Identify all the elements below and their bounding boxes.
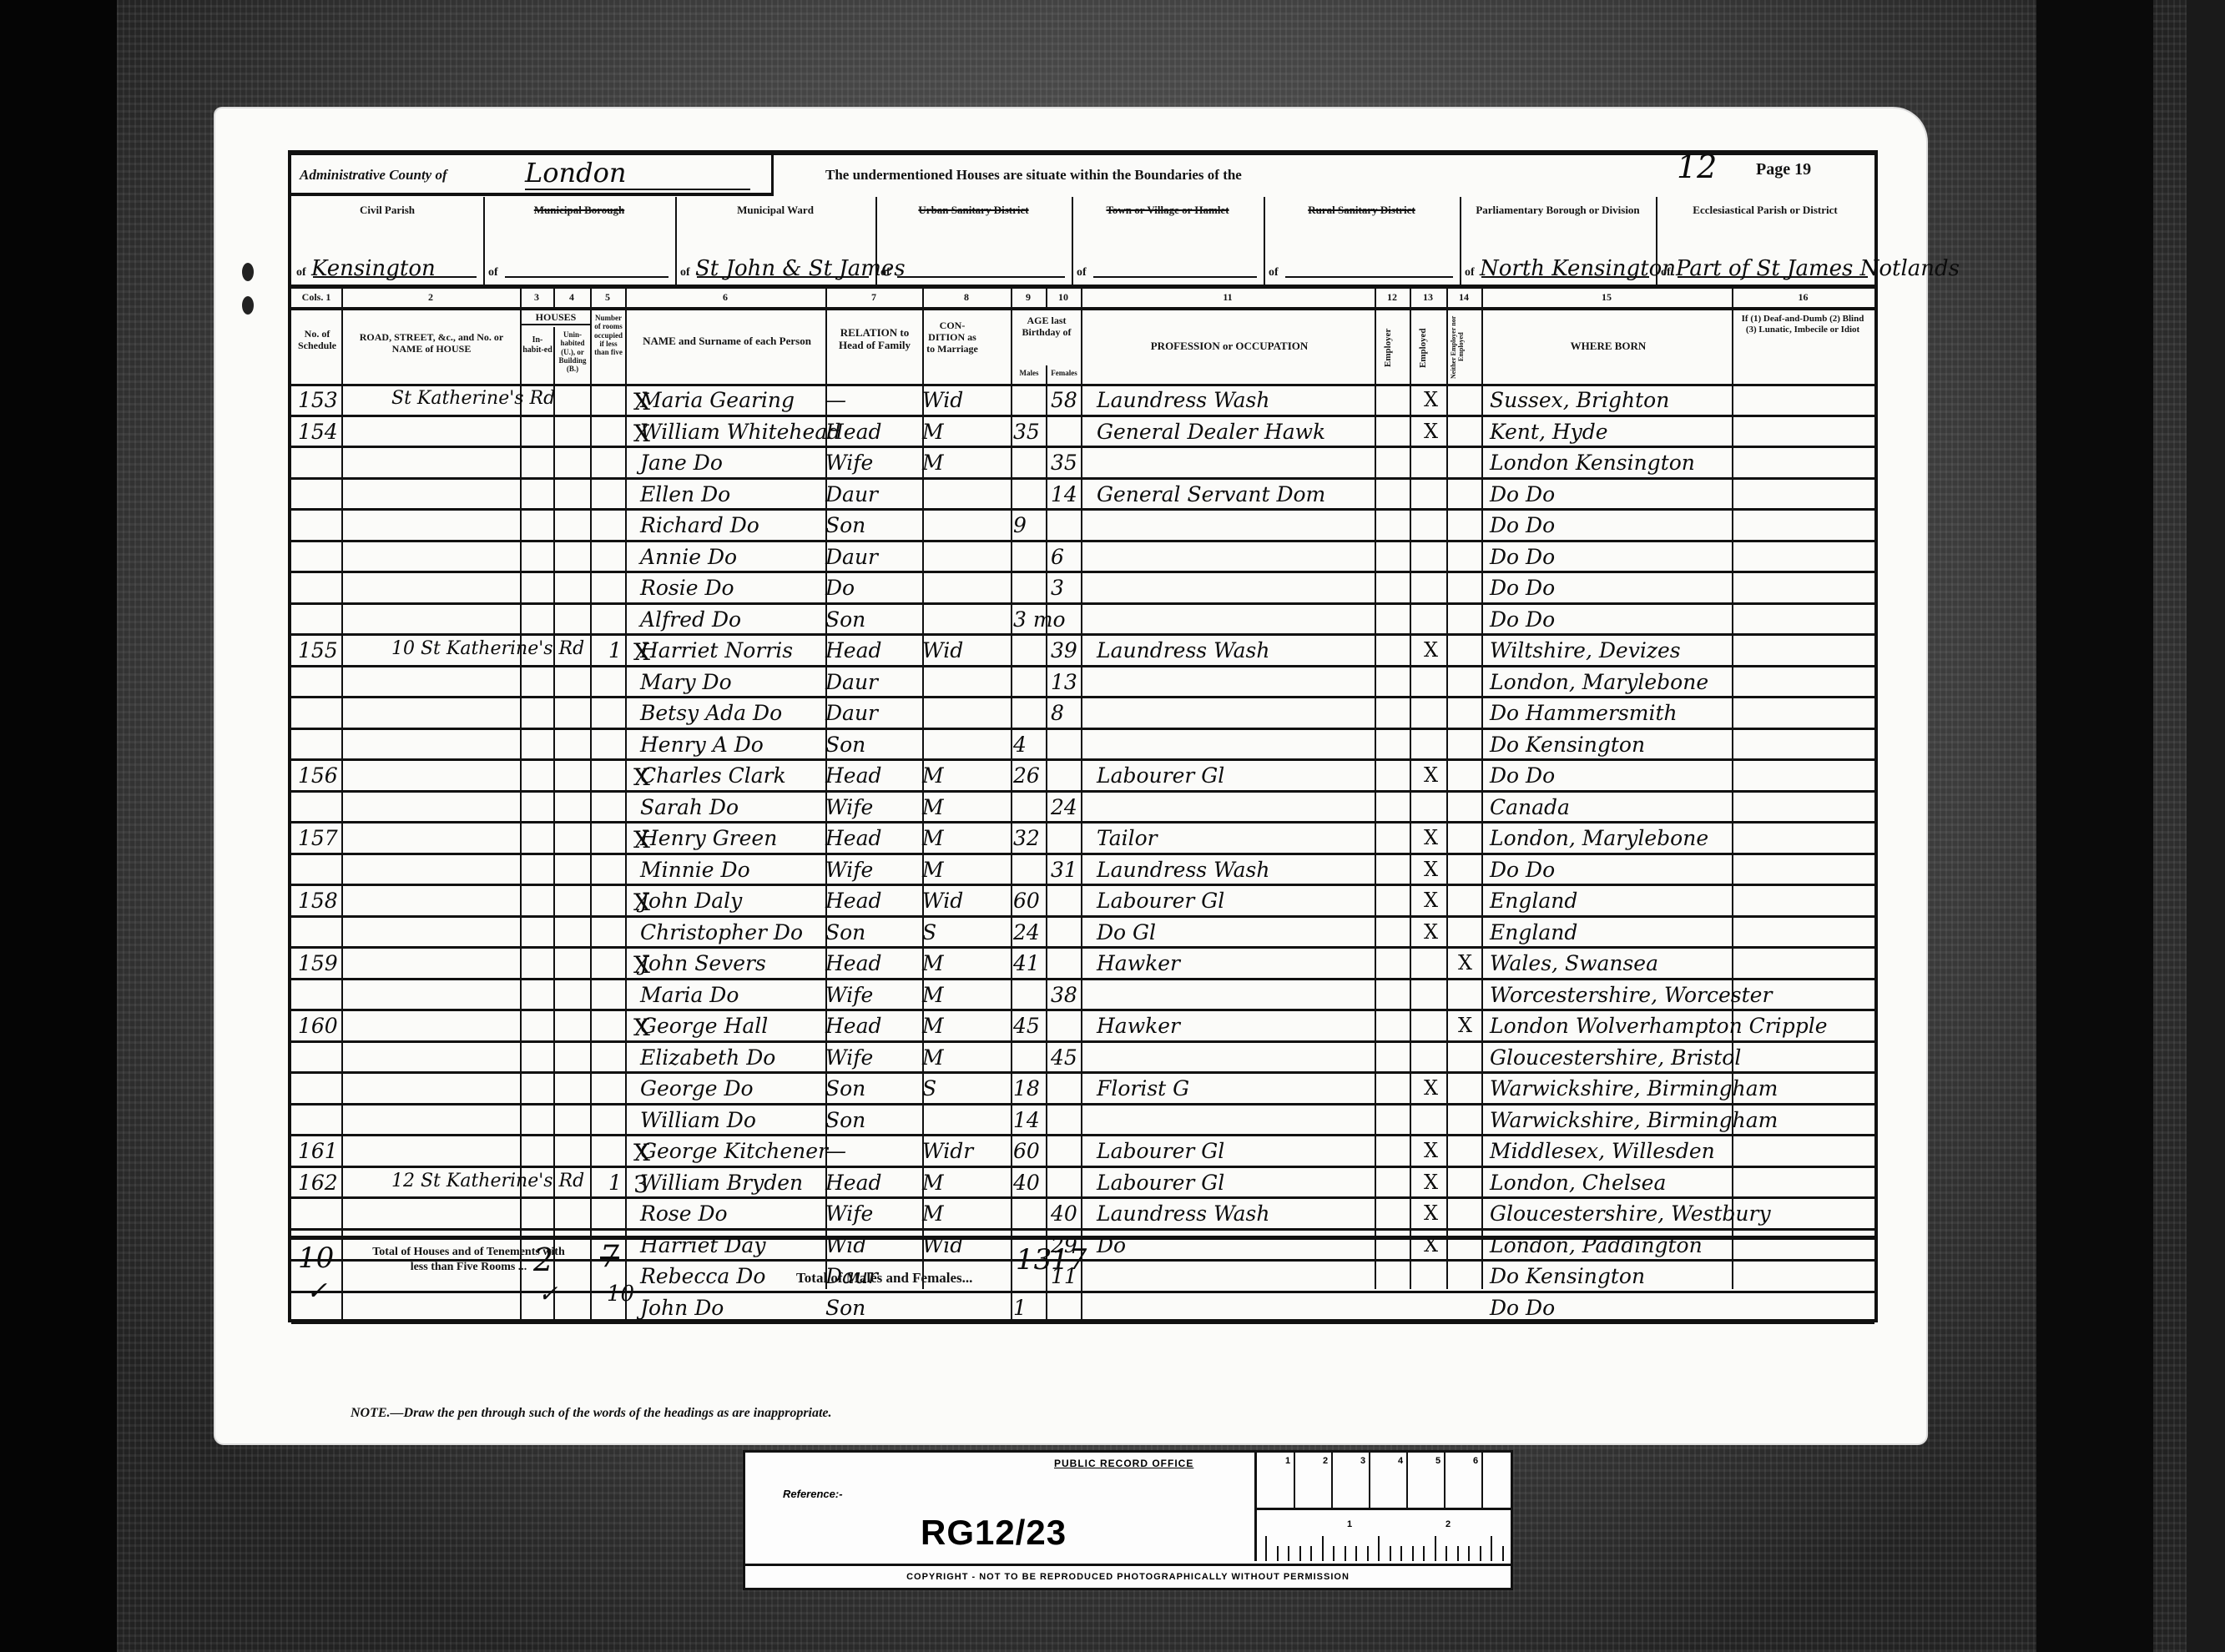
area-heading: Rural Sanitary District bbox=[1264, 204, 1460, 217]
cell-condition: M bbox=[922, 1014, 944, 1038]
ruler-tick bbox=[1369, 1453, 1370, 1508]
cell-occupation: Laundress Wash bbox=[1097, 388, 1269, 412]
cell-occupation: Labourer Gl bbox=[1097, 1171, 1224, 1195]
cell-name: John Severs bbox=[640, 951, 766, 975]
cell-relation: Son bbox=[825, 1108, 865, 1132]
scan-edge-left bbox=[0, 0, 117, 1652]
ruler-mm-tick bbox=[1445, 1546, 1447, 1561]
row-rule bbox=[291, 508, 1874, 511]
census-row: George DoSonS18Florist GXWarwickshire, B… bbox=[291, 1075, 1874, 1106]
cell-name: Betsy Ada Do bbox=[640, 701, 782, 725]
ruler-mm-tick bbox=[1265, 1536, 1267, 1561]
cell-name: William Do bbox=[640, 1108, 756, 1132]
column-number: 5 bbox=[590, 291, 625, 304]
row-rule bbox=[291, 853, 1874, 855]
totals-row: 10 ✓ Total of Houses and of Tenements wi… bbox=[291, 1236, 1874, 1320]
row-rule bbox=[291, 415, 1874, 417]
cell-born: Warwickshire, Birmingham bbox=[1490, 1108, 1778, 1132]
cell-relation: Do bbox=[825, 576, 855, 600]
cell-schedule: 154 bbox=[298, 420, 338, 444]
cell-condition: M bbox=[922, 795, 944, 819]
column-number: 9 bbox=[1011, 291, 1046, 304]
column-number: 11 bbox=[1081, 291, 1375, 304]
cell-employed: X bbox=[1424, 858, 1438, 881]
ruler-mm-tick bbox=[1400, 1546, 1402, 1561]
row-rule bbox=[291, 946, 1874, 949]
cell-address: St Katherine's Rd bbox=[391, 388, 555, 409]
heading-schedule: No. of Schedule bbox=[293, 329, 341, 352]
cell-age-m: 9 bbox=[1013, 513, 1027, 537]
cell-occupation: Hawker bbox=[1097, 951, 1180, 975]
column-number: 8 bbox=[922, 291, 1011, 304]
cell-relation: Daur bbox=[825, 482, 878, 506]
cell-age-m: 3 mo bbox=[1013, 607, 1066, 632]
row-rule bbox=[291, 728, 1874, 730]
cell-age-m: 60 bbox=[1013, 1139, 1040, 1163]
row-rule bbox=[291, 790, 1874, 793]
column-number: 2 bbox=[341, 291, 520, 304]
cell-born: Do Do bbox=[1490, 576, 1555, 600]
area-ecclesiastical-parish-or-district: Ecclesiastical Parish or DistrictofPart … bbox=[1656, 197, 1874, 285]
cell-occupation: Labourer Gl bbox=[1097, 1139, 1224, 1163]
cell-schedule: 162 bbox=[298, 1171, 338, 1195]
heading-infirmity: If (1) Deaf-and-Dumb (2) Blind (3) Lunat… bbox=[1735, 314, 1870, 335]
reference-number: RG12/23 bbox=[921, 1513, 1067, 1553]
copyright-notice: COPYRIGHT - NOT TO BE REPRODUCED PHOTOGR… bbox=[745, 1564, 1511, 1588]
ruler-tick bbox=[1294, 1453, 1295, 1508]
cell-name: Alfred Do bbox=[640, 607, 741, 632]
ruler-mm-tick bbox=[1299, 1546, 1301, 1561]
area-value-line bbox=[1285, 276, 1453, 278]
census-row: Elizabeth DoWifeM45Gloucestershire, Bris… bbox=[291, 1044, 1874, 1075]
of-label: of bbox=[1269, 266, 1279, 280]
cell-name: William Whitehead bbox=[640, 420, 840, 444]
check-mark: ✓ bbox=[538, 1280, 558, 1307]
admin-county-value: London bbox=[525, 157, 750, 190]
column-number: 15 bbox=[1481, 291, 1732, 304]
area-heading: Municipal Ward bbox=[675, 204, 875, 217]
ruler-mm-tick bbox=[1423, 1546, 1425, 1561]
cell-employed: X bbox=[1424, 420, 1438, 443]
row-rule bbox=[291, 540, 1874, 542]
folio-number: 12 bbox=[1677, 149, 1717, 185]
heading-employed: Employed bbox=[1418, 319, 1429, 377]
cell-name: John Daly bbox=[640, 889, 742, 913]
cell-age-m: 35 bbox=[1013, 420, 1040, 444]
census-row: 158XJohn DalyHeadWid60Labourer GlXEnglan… bbox=[291, 887, 1874, 919]
cell-relation: Head bbox=[825, 826, 882, 850]
cell-condition: Wid bbox=[922, 889, 963, 913]
cell-born: London, Chelsea bbox=[1490, 1171, 1666, 1195]
area-municipal-borough: Municipal Boroughof bbox=[483, 197, 677, 285]
binding-hole bbox=[242, 263, 254, 281]
row-rule bbox=[291, 477, 1874, 480]
census-rows: 153St Katherine's RdXMaria Gearing—Wid58… bbox=[291, 386, 1874, 1289]
heading-employer: Employer bbox=[1383, 319, 1394, 377]
column-number: 13 bbox=[1410, 291, 1446, 304]
cell-born: Canada bbox=[1490, 795, 1570, 819]
ruler-number: 3 bbox=[1360, 1456, 1365, 1466]
cell-age-f: 14 bbox=[1051, 482, 1077, 506]
cell-relation: Head bbox=[825, 889, 882, 913]
cell-relation: Wife bbox=[825, 1045, 873, 1070]
column-number: 14 bbox=[1446, 291, 1481, 304]
cell-employed: X bbox=[1424, 1171, 1438, 1194]
heading-neither: Neither Employer nor Employed bbox=[1450, 314, 1465, 380]
cell-name: Charles Clark bbox=[640, 763, 786, 788]
cell-name: Minnie Do bbox=[640, 858, 750, 882]
row-rule bbox=[291, 1196, 1874, 1199]
page-number: Page 19 bbox=[1756, 160, 1811, 179]
cell-name: Harriet Norris bbox=[640, 638, 793, 662]
ruler-number: 6 bbox=[1473, 1456, 1478, 1466]
cell-employed: X bbox=[1424, 763, 1438, 787]
cell-condition: S bbox=[922, 920, 936, 944]
ruler-mm-tick bbox=[1502, 1546, 1504, 1561]
cell-employed: X bbox=[1424, 388, 1438, 411]
census-row: 161XGeorge Kitchener—Widr60Labourer GlXM… bbox=[291, 1137, 1874, 1169]
cell-name: George Kitchener bbox=[640, 1139, 828, 1163]
row-rule bbox=[291, 1009, 1874, 1011]
cell-employed: X bbox=[1424, 826, 1438, 849]
census-row: Maria DoWifeM38Worcestershire, Worcester bbox=[291, 981, 1874, 1013]
area-heading: Town or Village or Hamlet bbox=[1072, 204, 1264, 217]
ruler-tick bbox=[1444, 1453, 1445, 1508]
area-value-line bbox=[897, 276, 1065, 278]
census-row: Mary DoDaur13London, Marylebone bbox=[291, 668, 1874, 700]
cell-relation: Daur bbox=[825, 670, 878, 694]
boundaries-title: The undermentioned Houses are situate wi… bbox=[825, 167, 1242, 184]
heading-relation: RELATION to Head of Family bbox=[829, 327, 921, 352]
ruler-mm-tick bbox=[1355, 1546, 1357, 1561]
row-rule bbox=[291, 1322, 1874, 1324]
cell-born: Worcestershire, Worcester bbox=[1490, 983, 1772, 1007]
row-rule bbox=[291, 884, 1874, 886]
row-rule bbox=[291, 1071, 1874, 1074]
cell-relation: Head bbox=[825, 638, 882, 662]
census-row: 154XWilliam WhiteheadHeadM35General Deal… bbox=[291, 418, 1874, 450]
area-value: Kensington bbox=[311, 256, 436, 281]
heading-age: AGE last Birthday of bbox=[1012, 315, 1081, 339]
ruler-mm-tick bbox=[1390, 1546, 1391, 1561]
row-rule bbox=[291, 1040, 1874, 1043]
area-civil-parish: Civil ParishofKensington bbox=[291, 197, 485, 285]
cell-age-m: 24 bbox=[1013, 920, 1040, 944]
cell-address: 12 St Katherine's Rd bbox=[391, 1171, 584, 1191]
census-row: Rose DoWifeM40Laundress WashXGloucesters… bbox=[291, 1200, 1874, 1231]
ruler-mm-tick bbox=[1345, 1546, 1346, 1561]
area-value: Part of St James Notlands bbox=[1676, 256, 1960, 281]
cell-schedule: 160 bbox=[298, 1014, 338, 1038]
total-tenements: 7 bbox=[600, 1240, 619, 1274]
ruler-mm-tick bbox=[1310, 1546, 1312, 1561]
cell-born: Do Do bbox=[1490, 513, 1555, 537]
cell-born: Middlesex, Willesden bbox=[1490, 1139, 1715, 1163]
cell-occupation: Laundress Wash bbox=[1097, 1201, 1269, 1226]
cell-neither: X bbox=[1458, 951, 1472, 975]
cell-age-f: 13 bbox=[1051, 670, 1077, 694]
cell-born: Wiltshire, Devizes bbox=[1490, 638, 1681, 662]
row-rule bbox=[291, 1103, 1874, 1106]
heading-where-born: WHERE BORN bbox=[1485, 340, 1732, 353]
heading-rooms: Number of rooms occupied if less than fi… bbox=[592, 314, 625, 357]
total-males: 13 bbox=[1016, 1243, 1052, 1277]
cell-born: Do Kensington bbox=[1490, 733, 1645, 757]
census-row: Ellen DoDaur14General Servant DomDo Do bbox=[291, 481, 1874, 512]
column-headings: No. of Schedule ROAD, STREET, &c., and N… bbox=[291, 310, 1874, 386]
area-heading: Civil Parish bbox=[291, 204, 483, 217]
cell-name: Maria Do bbox=[640, 983, 739, 1007]
cell-condition: M bbox=[922, 451, 944, 475]
heading-name: NAME and Surname of each Person bbox=[628, 335, 825, 348]
cell-age-m: 41 bbox=[1013, 951, 1040, 975]
cell-condition: Wid bbox=[922, 388, 963, 412]
cell-age-f: 24 bbox=[1051, 795, 1077, 819]
census-row: Christopher DoSonS24Do GlXEngland bbox=[291, 919, 1874, 950]
ruler-mm-tick bbox=[1367, 1546, 1369, 1561]
column-number: 3 bbox=[520, 291, 553, 304]
cell-relation: Wife bbox=[825, 858, 873, 882]
cell-occupation: General Servant Dom bbox=[1097, 482, 1325, 506]
of-label: of bbox=[1077, 266, 1087, 280]
cell-name: Rosie Do bbox=[640, 576, 734, 600]
heading-females: Females bbox=[1047, 369, 1081, 377]
form-note: NOTE.—Draw the pen through such of the w… bbox=[351, 1406, 832, 1421]
census-row: Rosie DoDo3Do Do bbox=[291, 574, 1874, 606]
cell-condition: M bbox=[922, 1045, 944, 1070]
cell-born: England bbox=[1490, 920, 1577, 944]
total-females: 17 bbox=[1051, 1243, 1087, 1277]
cell-schedule: 153 bbox=[298, 388, 338, 412]
cell-neither: X bbox=[1458, 1014, 1472, 1037]
area-town-or-village-or-hamlet: Town or Village or Hamletof bbox=[1072, 197, 1265, 285]
area-heading: Urban Sanitary District bbox=[875, 204, 1072, 217]
ruler-tick bbox=[1481, 1453, 1483, 1508]
census-row: Alfred DoSon3 moDo Do bbox=[291, 606, 1874, 637]
cell-age-f: 58 bbox=[1051, 388, 1077, 412]
cell-occupation: Florist G bbox=[1097, 1076, 1189, 1100]
ruler-mm-tick bbox=[1277, 1546, 1279, 1561]
cell-occupation: Laundress Wash bbox=[1097, 858, 1269, 882]
area-value: St John & St James bbox=[695, 256, 906, 281]
ruler-tick bbox=[1406, 1453, 1408, 1508]
cell-age-f: 8 bbox=[1051, 701, 1064, 725]
census-row: 157XHenry GreenHeadM32TailorXLondon, Mar… bbox=[291, 824, 1874, 856]
cell-occupation: Labourer Gl bbox=[1097, 889, 1224, 913]
cell-age-m: 14 bbox=[1013, 1108, 1040, 1132]
reference-label: Reference:- bbox=[783, 1488, 843, 1500]
cell-relation: Son bbox=[825, 733, 865, 757]
cell-relation: Daur bbox=[825, 701, 878, 725]
cell-born: Do Do bbox=[1490, 607, 1555, 632]
census-row: 159XJohn SeversHeadM41HawkerXWales, Swan… bbox=[291, 949, 1874, 981]
total-schedules: 10 bbox=[298, 1242, 334, 1275]
cell-born: England bbox=[1490, 889, 1577, 913]
row-rule bbox=[291, 1228, 1874, 1231]
row-rule bbox=[291, 821, 1874, 823]
cell-born: London, Marylebone bbox=[1490, 826, 1708, 850]
cell-schedule: 157 bbox=[298, 826, 338, 850]
ruler-number: 4 bbox=[1398, 1456, 1403, 1466]
cell-born: Kent, Hyde bbox=[1490, 420, 1608, 444]
cell-born: London Wolverhampton Cripple bbox=[1490, 1014, 1828, 1038]
cell-name: Henry Green bbox=[640, 826, 777, 850]
ruler-mm-tick bbox=[1322, 1536, 1324, 1561]
cell-occupation: Labourer Gl bbox=[1097, 763, 1224, 788]
cell-name: Annie Do bbox=[640, 545, 737, 569]
cell-name: Elizabeth Do bbox=[640, 1045, 775, 1070]
census-form: Administrative County of London The unde… bbox=[288, 150, 1878, 1322]
cell-age-m: 45 bbox=[1013, 1014, 1040, 1038]
census-row: 16212 St Katherine's Rd13William BrydenH… bbox=[291, 1169, 1874, 1201]
cell-condition: Widr bbox=[922, 1139, 973, 1163]
check-mark: ✓ bbox=[306, 1277, 327, 1306]
of-label: of bbox=[880, 266, 891, 280]
cell-born: Do Hammersmith bbox=[1490, 701, 1678, 725]
cell-age-f: 31 bbox=[1051, 858, 1077, 882]
cell-age-m: 26 bbox=[1013, 763, 1040, 788]
census-row: William DoSon14Warwickshire, Birmingham bbox=[291, 1106, 1874, 1138]
ruler-mm-tick bbox=[1412, 1546, 1414, 1561]
heading-condition: CON-DITION as to Marriage bbox=[924, 320, 981, 355]
cell-condition: Wid bbox=[922, 638, 963, 662]
cell-age-f: 3 bbox=[1051, 576, 1064, 600]
cell-relation: Head bbox=[825, 951, 882, 975]
column-number: 10 bbox=[1046, 291, 1081, 304]
cell-born: Sussex, Brighton bbox=[1490, 388, 1669, 412]
cell-relation: Son bbox=[825, 920, 865, 944]
administrative-county-box: Administrative County of London bbox=[291, 155, 774, 196]
column-numbers: Cols. 12345678910111213141516 bbox=[291, 289, 1874, 310]
census-row: Minnie DoWifeM31Laundress WashXDo Do bbox=[291, 856, 1874, 888]
cell-born: Gloucestershire, Westbury bbox=[1490, 1201, 1771, 1226]
cell-schedule: 156 bbox=[298, 763, 338, 788]
total-males-females-label: Total of Males and Females... bbox=[796, 1270, 972, 1287]
census-row: Annie DoDaur6Do Do bbox=[291, 543, 1874, 575]
cell-relation: Wife bbox=[825, 795, 873, 819]
cell-employed: X bbox=[1424, 889, 1438, 912]
cell-relation: Wife bbox=[825, 983, 873, 1007]
cell-inhabited: 1 bbox=[608, 638, 622, 662]
census-row: 160XGeorge HallHeadM45HawkerXLondon Wolv… bbox=[291, 1012, 1874, 1044]
office-name: PUBLIC RECORD OFFICE bbox=[1054, 1458, 1193, 1469]
row-rule bbox=[291, 978, 1874, 980]
row-rule bbox=[291, 915, 1874, 918]
cell-condition: M bbox=[922, 826, 944, 850]
census-row: 153St Katherine's RdXMaria Gearing—Wid58… bbox=[291, 386, 1874, 418]
census-row: 15510 St Katherine's Rd1XHarriet NorrisH… bbox=[291, 637, 1874, 668]
cell-born: Do Do bbox=[1490, 858, 1555, 882]
heading-occupation: PROFESSION or OCCUPATION bbox=[1084, 340, 1375, 353]
row-rule bbox=[291, 633, 1874, 636]
cell-employed: X bbox=[1424, 1201, 1438, 1225]
cell-born: London Kensington bbox=[1490, 451, 1695, 475]
cell-relation: — bbox=[825, 388, 846, 412]
cell-name: Sarah Do bbox=[640, 795, 739, 819]
row-rule bbox=[291, 696, 1874, 698]
cell-age-m: 4 bbox=[1013, 733, 1027, 757]
ruler-mm-tick bbox=[1480, 1546, 1481, 1561]
cell-name: George Do bbox=[640, 1076, 754, 1100]
cell-occupation: General Dealer Hawk bbox=[1097, 420, 1325, 444]
census-row: 156XCharles ClarkHeadM26Labourer GlXDo D… bbox=[291, 762, 1874, 793]
column-number: 7 bbox=[825, 291, 922, 304]
row-rule bbox=[291, 758, 1874, 761]
area-value-line bbox=[1093, 276, 1257, 278]
cell-condition: M bbox=[922, 1201, 944, 1226]
scan-edge-right-outer bbox=[2187, 0, 2225, 1652]
cell-condition: S bbox=[922, 1076, 936, 1100]
ruler-number: 2 bbox=[1445, 1519, 1451, 1529]
area-headings: Civil ParishofKensingtonMunicipal Boroug… bbox=[291, 197, 1874, 289]
cell-age-m: 32 bbox=[1013, 826, 1040, 850]
ruler-mm-tick bbox=[1288, 1546, 1289, 1561]
cell-age-f: 45 bbox=[1051, 1045, 1077, 1070]
cell-age-f: 35 bbox=[1051, 451, 1077, 475]
column-number: 6 bbox=[625, 291, 825, 304]
scale-ruler: 12345612 bbox=[1254, 1453, 1511, 1561]
of-label: of bbox=[1661, 266, 1671, 280]
cell-schedule: 155 bbox=[298, 638, 338, 662]
cell-condition: M bbox=[922, 420, 944, 444]
cell-relation: Head bbox=[825, 1171, 882, 1195]
cell-age-f: 38 bbox=[1051, 983, 1077, 1007]
cell-born: Do Do bbox=[1490, 482, 1555, 506]
ruler-number: 2 bbox=[1323, 1456, 1328, 1466]
ruler-tick bbox=[1331, 1453, 1333, 1508]
cell-inhabited: 1 bbox=[608, 1171, 622, 1195]
ruler-number: 5 bbox=[1435, 1456, 1440, 1466]
ruler-number: 1 bbox=[1347, 1519, 1352, 1529]
cell-born: Do Do bbox=[1490, 545, 1555, 569]
cell-age-m: 40 bbox=[1013, 1171, 1040, 1195]
cell-relation: Head bbox=[825, 420, 882, 444]
cell-occupation: Laundress Wash bbox=[1097, 638, 1269, 662]
admin-county-label: Administrative County of bbox=[300, 167, 447, 184]
cell-age-m: 18 bbox=[1013, 1076, 1040, 1100]
cell-name: William Bryden bbox=[640, 1171, 803, 1195]
area-heading: Municipal Borough bbox=[483, 204, 675, 217]
cell-name: Christopher Do bbox=[640, 920, 803, 944]
cell-schedule: 159 bbox=[298, 951, 338, 975]
area-municipal-ward: Municipal WardofSt John & St James bbox=[675, 197, 877, 285]
ruler-mm-tick bbox=[1457, 1546, 1459, 1561]
binding-hole bbox=[242, 296, 254, 315]
heading-males: Males bbox=[1012, 369, 1046, 377]
column-number: Cols. 1 bbox=[291, 291, 341, 304]
ruler-mm-tick bbox=[1468, 1546, 1470, 1561]
area-heading: Ecclesiastical Parish or District bbox=[1656, 204, 1874, 217]
cell-schedule: 161 bbox=[298, 1139, 338, 1163]
heading-houses: HOUSES bbox=[522, 312, 590, 325]
cell-relation: Son bbox=[825, 607, 865, 632]
of-label: of bbox=[1465, 266, 1475, 280]
census-row: Jane DoWifeM35London Kensington bbox=[291, 449, 1874, 481]
cell-occupation: Hawker bbox=[1097, 1014, 1180, 1038]
ruler-number: 1 bbox=[1285, 1456, 1290, 1466]
row-rule bbox=[291, 1134, 1874, 1136]
area-parliamentary-borough-or-division: Parliamentary Borough or DivisionofNorth… bbox=[1460, 197, 1657, 285]
cell-condition: M bbox=[922, 983, 944, 1007]
cell-name: Jane Do bbox=[640, 451, 723, 475]
area-heading: Parliamentary Borough or Division bbox=[1460, 204, 1656, 217]
cell-name: Rose Do bbox=[640, 1201, 728, 1226]
cell-employed: X bbox=[1424, 920, 1438, 944]
row-rule bbox=[291, 571, 1874, 573]
cell-condition: M bbox=[922, 951, 944, 975]
cell-born: London, Marylebone bbox=[1490, 670, 1708, 694]
column-number: 16 bbox=[1732, 291, 1874, 304]
